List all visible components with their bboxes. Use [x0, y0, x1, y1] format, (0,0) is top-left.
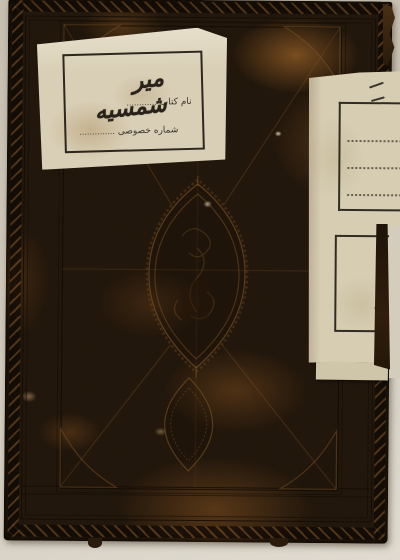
dotted-rule — [348, 140, 400, 142]
medallion-ornament — [146, 176, 248, 379]
handwritten-title: میر شمسیه — [63, 65, 168, 128]
title-label: نام كتاب ............ میر شمسیه شماره خص… — [33, 27, 233, 170]
worn-cover-edge — [383, 4, 395, 66]
edge-writing-mark — [371, 96, 385, 102]
dotted-rule — [347, 194, 400, 196]
pendant-ornament — [164, 378, 213, 471]
photograph-of-book: نام كتاب ............ میر شمسیه شماره خص… — [0, 0, 400, 560]
leather-nub — [88, 538, 102, 548]
edge-writing-mark — [369, 82, 384, 89]
leather-nub — [270, 538, 288, 547]
cover-edge-strip — [374, 224, 390, 374]
private-number-caption: شماره خصوصی .............. — [79, 125, 178, 138]
private-number-leader: .............. — [79, 127, 115, 137]
label-border-box: نام كتاب ............ میر شمسیه شماره خص… — [62, 51, 205, 154]
page-edge-sliver — [389, 226, 400, 378]
private-number-caption-text: شماره خصوصی — [118, 125, 179, 137]
printed-form-box-1 — [338, 102, 400, 211]
dotted-rule — [347, 167, 400, 169]
